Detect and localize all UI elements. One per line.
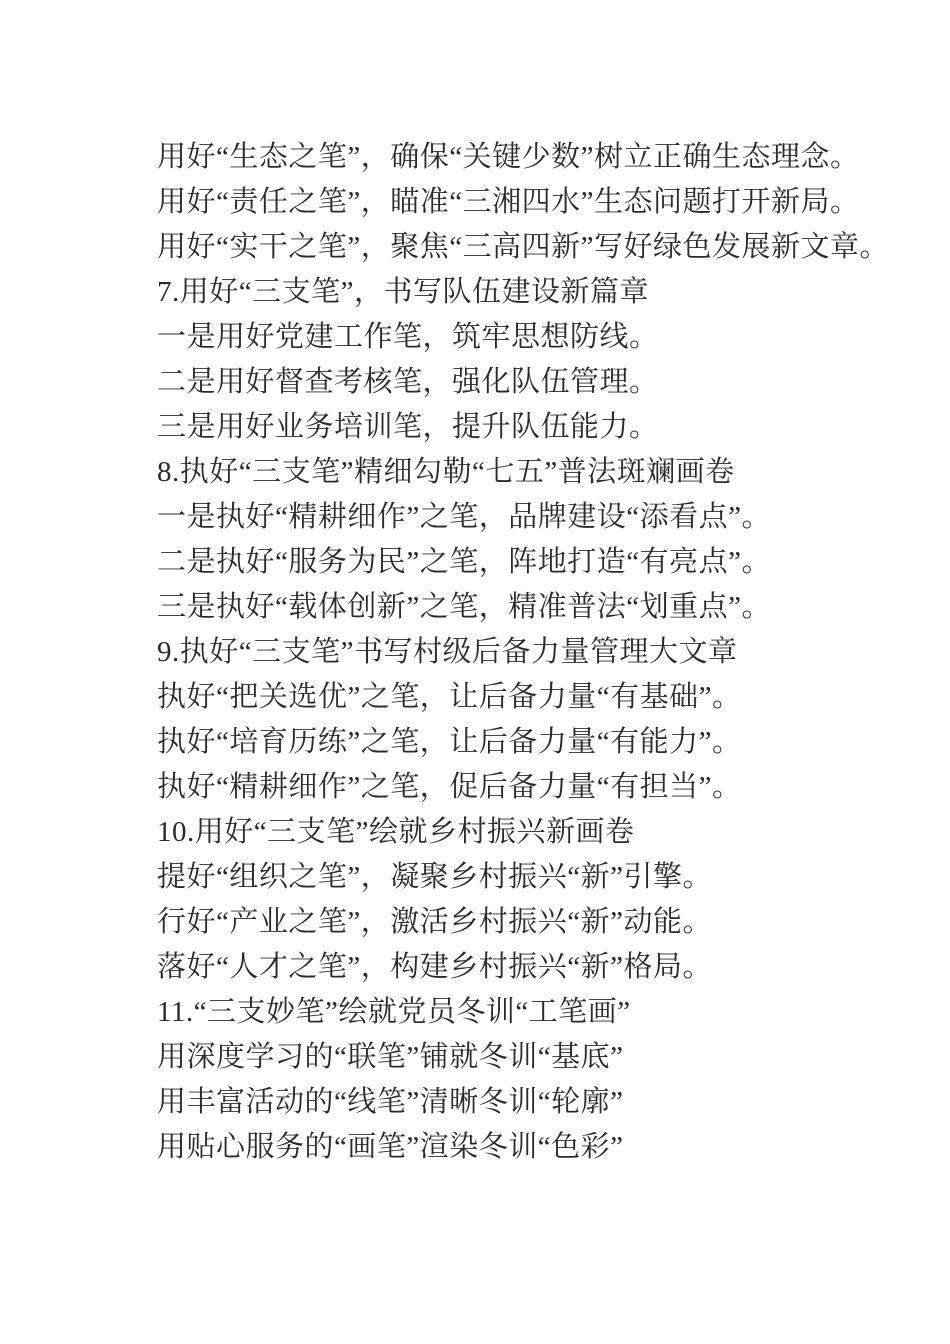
document-line: 行好“产业之笔”，激活乡村振兴“新”动能。 [157, 900, 890, 945]
document-line: 二是执好“服务为民”之笔，阵地打造“有亮点”。 [157, 540, 890, 585]
section-heading: 11.“三支妙笔”绘就党员冬训“工笔画” [157, 990, 890, 1035]
document-line: 一是用好党建工作笔，筑牢思想防线。 [157, 315, 890, 360]
document-line: 一是执好“精耕细作”之笔，品牌建设“添看点”。 [157, 495, 890, 540]
document-line: 用好“实干之笔”，聚焦“三高四新”写好绿色发展新文章。 [157, 225, 890, 270]
document-line: 二是用好督查考核笔，强化队伍管理。 [157, 360, 890, 405]
section-heading: 9.执好“三支笔”书写村级后备力量管理大文章 [157, 630, 890, 675]
document-line: 用丰富活动的“线笔”清晰冬训“轮廓” [157, 1080, 890, 1125]
document-page: 用好“生态之笔”，确保“关键少数”树立正确生态理念。 用好“责任之笔”，瞄准“三… [0, 0, 950, 1344]
document-line: 用好“责任之笔”，瞄准“三湘四水”生态问题打开新局。 [157, 180, 890, 225]
document-line: 执好“培育历练”之笔，让后备力量“有能力”。 [157, 720, 890, 765]
document-line: 三是执好“载体创新”之笔，精准普法“划重点”。 [157, 585, 890, 630]
document-line: 用好“生态之笔”，确保“关键少数”树立正确生态理念。 [157, 135, 890, 180]
document-line: 用贴心服务的“画笔”渲染冬训“色彩” [157, 1125, 890, 1170]
section-heading: 10.用好“三支笔”绘就乡村振兴新画卷 [157, 810, 890, 855]
document-text-block: 用好“生态之笔”，确保“关键少数”树立正确生态理念。 用好“责任之笔”，瞄准“三… [157, 135, 890, 1170]
document-line: 执好“把关选优”之笔，让后备力量“有基础”。 [157, 675, 890, 720]
section-heading: 7.用好“三支笔”，书写队伍建设新篇章 [157, 270, 890, 315]
document-line: 落好“人才之笔”，构建乡村振兴“新”格局。 [157, 945, 890, 990]
document-line: 三是用好业务培训笔，提升队伍能力。 [157, 405, 890, 450]
section-heading: 8.执好“三支笔”精细勾勒“七五”普法斑斓画卷 [157, 450, 890, 495]
document-line: 用深度学习的“联笔”铺就冬训“基底” [157, 1035, 890, 1080]
document-line: 执好“精耕细作”之笔，促后备力量“有担当”。 [157, 765, 890, 810]
document-line: 提好“组织之笔”，凝聚乡村振兴“新”引擎。 [157, 855, 890, 900]
